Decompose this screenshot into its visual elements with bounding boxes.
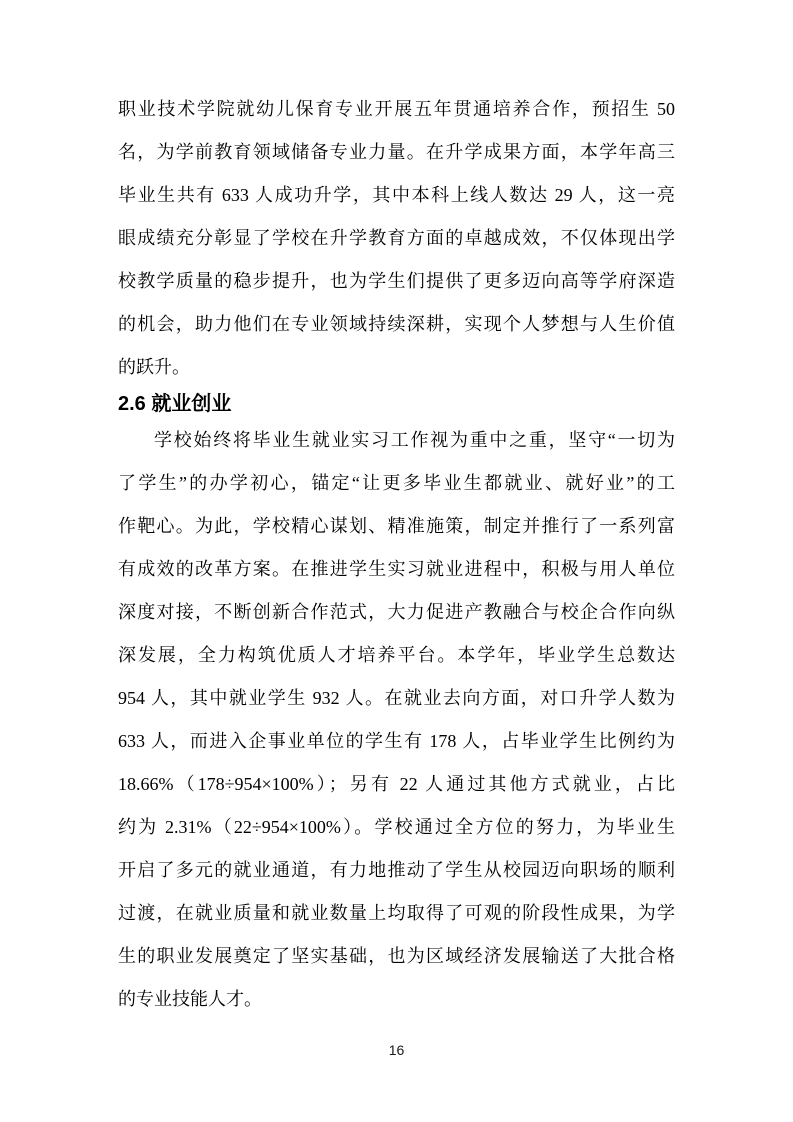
text-line: 633 人，而进入企事业单位的学生有 178 人，占毕业学生比例约为	[118, 720, 675, 763]
text-line: 名，为学前教育领域储备专业力量。在升学成果方面，本学年高三	[118, 131, 675, 174]
section-heading-2-6: 2.6 就业创业	[118, 389, 675, 419]
text-line: 深度对接，不断创新合作范式，大力促进产教融合与校企合作向纵	[118, 591, 675, 634]
text-line: 开启了多元的就业通道，有力地推动了学生从校园迈向职场的顺利	[118, 849, 675, 892]
text-line: 校教学质量的稳步提升，也为学生们提供了更多迈向高等学府深造	[118, 260, 675, 303]
text-line: 职业技术学院就幼儿保育专业开展五年贯通培养合作，预招生 50	[118, 88, 675, 131]
text-line: 18.66%（178÷954×100%）；另有 22 人通过其他方式就业，占比	[118, 763, 675, 806]
text-line: 过渡，在就业质量和就业数量上均取得了可观的阶段性成果，为学	[118, 892, 675, 935]
text-line: 有成效的改革方案。在推进学生实习就业进程中，积极与用人单位	[118, 548, 675, 591]
text-line: 约为 2.31%（22÷954×100%）。学校通过全方位的努力，为毕业生	[118, 806, 675, 849]
text-line: 学校始终将毕业生就业实习工作视为重中之重，坚守“一切为	[118, 419, 675, 462]
text-line: 毕业生共有 633 人成功升学，其中本科上线人数达 29 人，这一亮	[118, 174, 675, 217]
document-page: 职业技术学院就幼儿保育专业开展五年贯通培养合作，预招生 50 名，为学前教育领域…	[0, 0, 793, 1122]
text-line: 深发展，全力构筑优质人才培养平台。本学年，毕业学生总数达	[118, 634, 675, 677]
page-number: 16	[389, 1042, 405, 1058]
text-line: 眼成绩充分彰显了学校在升学教育方面的卓越成效，不仅体现出学	[118, 217, 675, 260]
text-line: 954 人，其中就业学生 932 人。在就业去向方面，对口升学人数为	[118, 677, 675, 720]
text-line: 的机会，助力他们在专业领域持续深耕，实现个人梦想与人生价值	[118, 303, 675, 346]
text-line: 的专业技能人才。	[118, 978, 675, 1021]
text-line: 生的职业发展奠定了坚实基础，也为区域经济发展输送了大批合格	[118, 935, 675, 978]
page-footer: 16	[0, 1040, 793, 1060]
page-body-text: 职业技术学院就幼儿保育专业开展五年贯通培养合作，预招生 50 名，为学前教育领域…	[118, 88, 675, 1021]
text-line: 了学生”的办学初心，锚定“让更多毕业生都就业、就好业”的工	[118, 462, 675, 505]
text-line: 的跃升。	[118, 346, 675, 389]
text-line: 作靶心。为此，学校精心谋划、精准施策，制定并推行了一系列富	[118, 505, 675, 548]
